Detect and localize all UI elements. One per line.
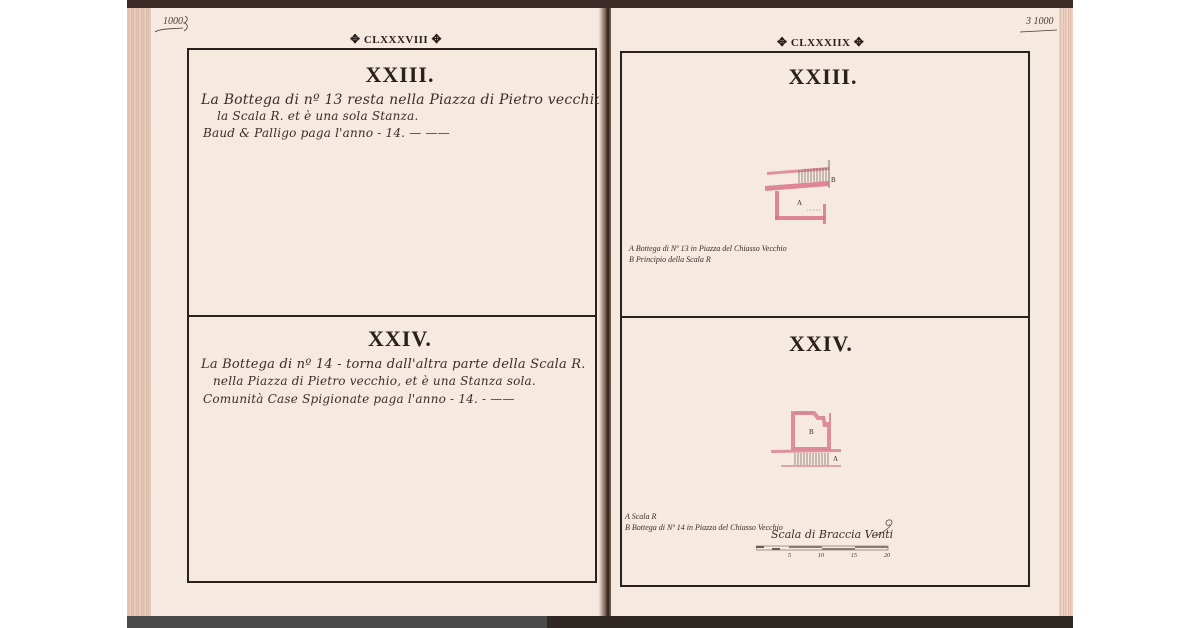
scale-tick: 5 [788, 553, 791, 559]
scale-tick: 10 [818, 553, 824, 559]
legend-item-b: B Principio della Scala R [629, 254, 787, 265]
book-bottom-edge [127, 616, 1073, 628]
section-title-xxiv: XXIV. [721, 331, 921, 357]
svg-text:A: A [797, 199, 802, 207]
open-book: 1000 ✥ CLXXXVIII ✥ XXIII. La Bottega di … [127, 0, 1073, 628]
chapter-number: CLXXXVIII [364, 34, 428, 46]
section-title-xxiv: XXIV. [300, 326, 500, 352]
ornament-icon: ✥ [431, 32, 442, 46]
scale-tick: 20 [884, 553, 890, 559]
right-fore-edge [1059, 8, 1073, 618]
text-line: La Bottega di nº 13 resta nella Piazza d… [201, 92, 653, 108]
legend-item-b: B Bottega di Nº 14 in Piazza del Chiasso… [625, 522, 783, 533]
plan-legend: A Bottega di Nº 13 in Piazza del Chiasso… [629, 243, 787, 265]
left-frame-divider [187, 315, 597, 317]
plan-legend: A Scala R B Bottega di Nº 14 in Piazza d… [625, 511, 783, 533]
scale-bar [756, 545, 891, 553]
folio-underline-icon [1019, 24, 1059, 34]
text-line: Baud & Palligo paga l'anno - 14. — —— [203, 126, 450, 140]
section-title-xxiii: XXIII. [300, 62, 500, 88]
scale-flourish-icon [874, 518, 896, 538]
left-chapter-header: ✥ CLXXXVIII ✥ [350, 32, 442, 47]
floor-plan-shop-13: B A [763, 158, 853, 228]
text-line: nella Piazza di Pietro vecchio, et è una… [213, 374, 536, 388]
scale-tick: 15 [851, 553, 857, 559]
left-page: 1000 ✥ CLXXXVIII ✥ XXIII. La Bottega di … [127, 8, 605, 618]
svg-text:B: B [831, 176, 836, 184]
chapter-number: CLXXXIIX [791, 37, 851, 49]
left-fore-edge [127, 8, 151, 618]
right-chapter-header: ✥ CLXXXIIX ✥ [777, 35, 864, 50]
table-surface [127, 616, 547, 628]
folio-flourish-icon [153, 14, 189, 36]
floor-plan-shop-14: B A [769, 400, 859, 470]
legend-item-a: A Bottega di Nº 13 in Piazza del Chiasso… [629, 243, 787, 254]
text-line: la Scala R. et è una sola Stanza. [217, 109, 418, 123]
book-top-shadow [127, 0, 1073, 8]
legend-item-a: A Scala R [625, 511, 783, 522]
text-line: La Bottega di nº 14 - torna dall'altra p… [201, 357, 586, 372]
ornament-icon: ✥ [350, 32, 361, 46]
right-frame-divider [620, 316, 1030, 318]
right-frame [620, 51, 1030, 587]
svg-text:B: B [809, 428, 814, 436]
section-title-xxiii: XXIII. [723, 64, 923, 90]
ornament-icon: ✥ [854, 35, 865, 49]
ornament-icon: ✥ [777, 35, 788, 49]
right-page: 3 1000 ✥ CLXXXIIX ✥ XXIII. [611, 8, 1073, 618]
svg-text:A: A [833, 455, 838, 463]
text-line: Comunità Case Spigionate paga l'anno - 1… [203, 392, 515, 406]
